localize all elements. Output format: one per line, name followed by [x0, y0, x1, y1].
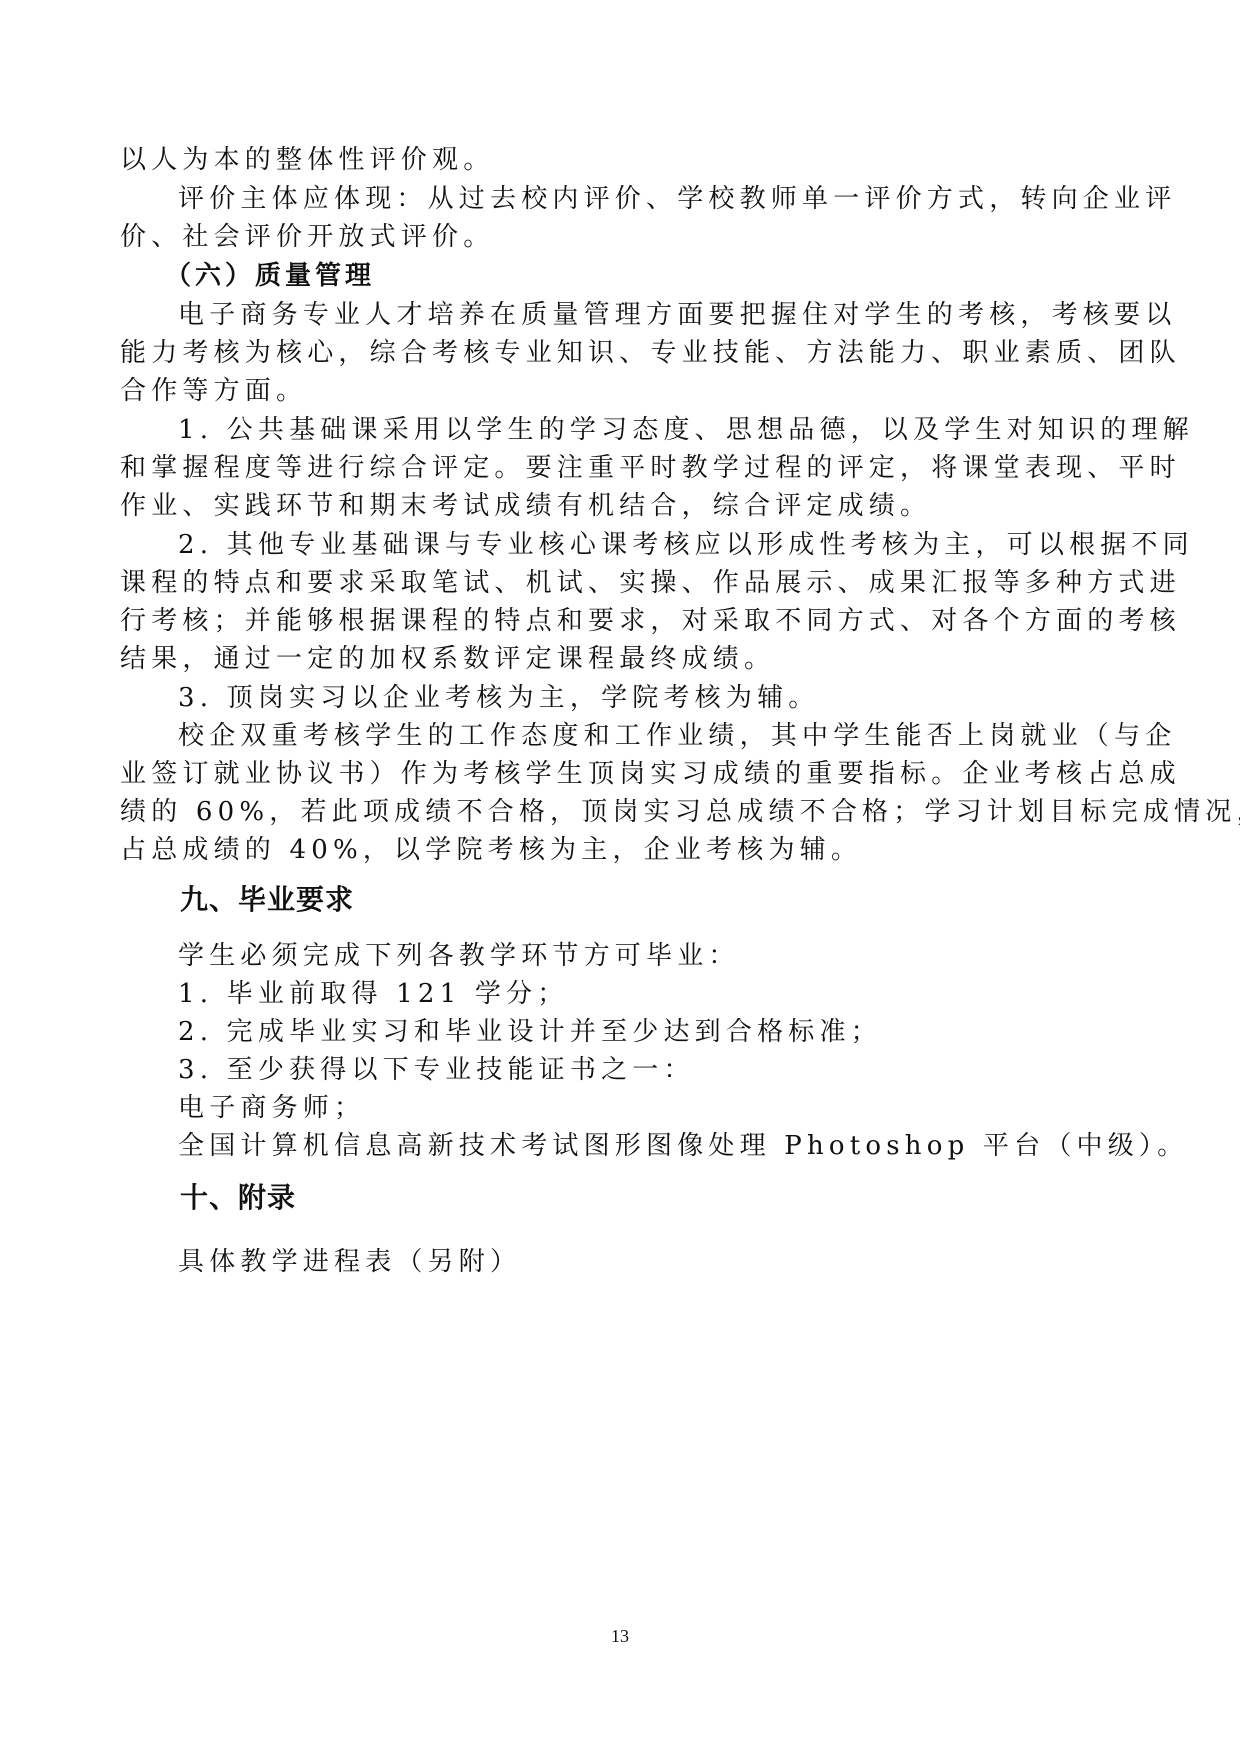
list-item-line: 1. 毕业前取得 121 学分； [178, 975, 1178, 1013]
paragraph-line: 结果，通过一定的加权系数评定课程最终成绩。 [120, 640, 1120, 678]
paragraph-line: 和掌握程度等进行综合评定。要注重平时教学过程的评定，将课堂表现、平时 [120, 449, 1120, 487]
paragraph-line: 占总成绩的 40%，以学院考核为主，企业考核为辅。 [120, 831, 1120, 869]
list-item-line: 2. 其他专业基础课与专业核心课考核应以形成性考核为主，可以根据不同 [178, 526, 1178, 564]
paragraph-line: 作业、实践环节和期末考试成绩有机结合，综合评定成绩。 [120, 487, 1120, 525]
list-item-line: 3. 至少获得以下专业技能证书之一： [178, 1051, 1178, 1089]
subsection-heading: （六）质量管理 [165, 257, 375, 295]
paragraph-line: 课程的特点和要求采取笔试、机试、实操、作品展示、成果汇报等多种方式进 [120, 564, 1120, 602]
paragraph-line: 合作等方面。 [120, 372, 1120, 410]
section-heading-graduation: 九、毕业要求 [180, 880, 354, 920]
paragraph-line: 学生必须完成下列各教学环节方可毕业： [178, 937, 1178, 975]
paragraph-line: 电子商务专业人才培养在质量管理方面要把握住对学生的考核，考核要以 [178, 296, 1178, 334]
certificate-item: 电子商务师； [178, 1089, 1178, 1127]
paragraph-line: 价、社会评价开放式评价。 [120, 218, 1120, 256]
paragraph-line: 以人为本的整体性评价观。 [120, 141, 1120, 179]
paragraph-line: 业签订就业协议书）作为考核学生顶岗实习成绩的重要指标。企业考核占总成 [120, 755, 1120, 793]
page-number: 13 [0, 1624, 1240, 1648]
list-item-line: 2. 完成毕业实习和毕业设计并至少达到合格标准； [178, 1013, 1178, 1051]
list-item-line: 3. 顶岗实习以企业考核为主，学院考核为辅。 [178, 679, 1178, 717]
paragraph-line: 能力考核为核心，综合考核专业知识、专业技能、方法能力、职业素质、团队 [120, 334, 1120, 372]
section-heading-appendix: 十、附录 [180, 1178, 296, 1218]
paragraph-line: 具体教学进程表（另附） [178, 1243, 1178, 1281]
paragraph-line: 行考核；并能够根据课程的特点和要求，对采取不同方式、对各个方面的考核 [120, 602, 1120, 640]
paragraph-line: 校企双重考核学生的工作态度和工作业绩，其中学生能否上岗就业（与企 [178, 717, 1178, 755]
document-page: 以人为本的整体性评价观。 评价主体应体现：从过去校内评价、学校教师单一评价方式，… [0, 0, 1240, 1754]
paragraph-line: 评价主体应体现：从过去校内评价、学校教师单一评价方式，转向企业评 [178, 180, 1178, 218]
paragraph-line: 绩的 60%，若此项成绩不合格，顶岗实习总成绩不合格；学习计划目标完成情况， [120, 793, 1120, 831]
certificate-item: 全国计算机信息高新技术考试图形图像处理 Photoshop 平台（中级）。 [178, 1127, 1178, 1165]
list-item-line: 1. 公共基础课采用以学生的学习态度、思想品德，以及学生对知识的理解 [178, 411, 1178, 449]
